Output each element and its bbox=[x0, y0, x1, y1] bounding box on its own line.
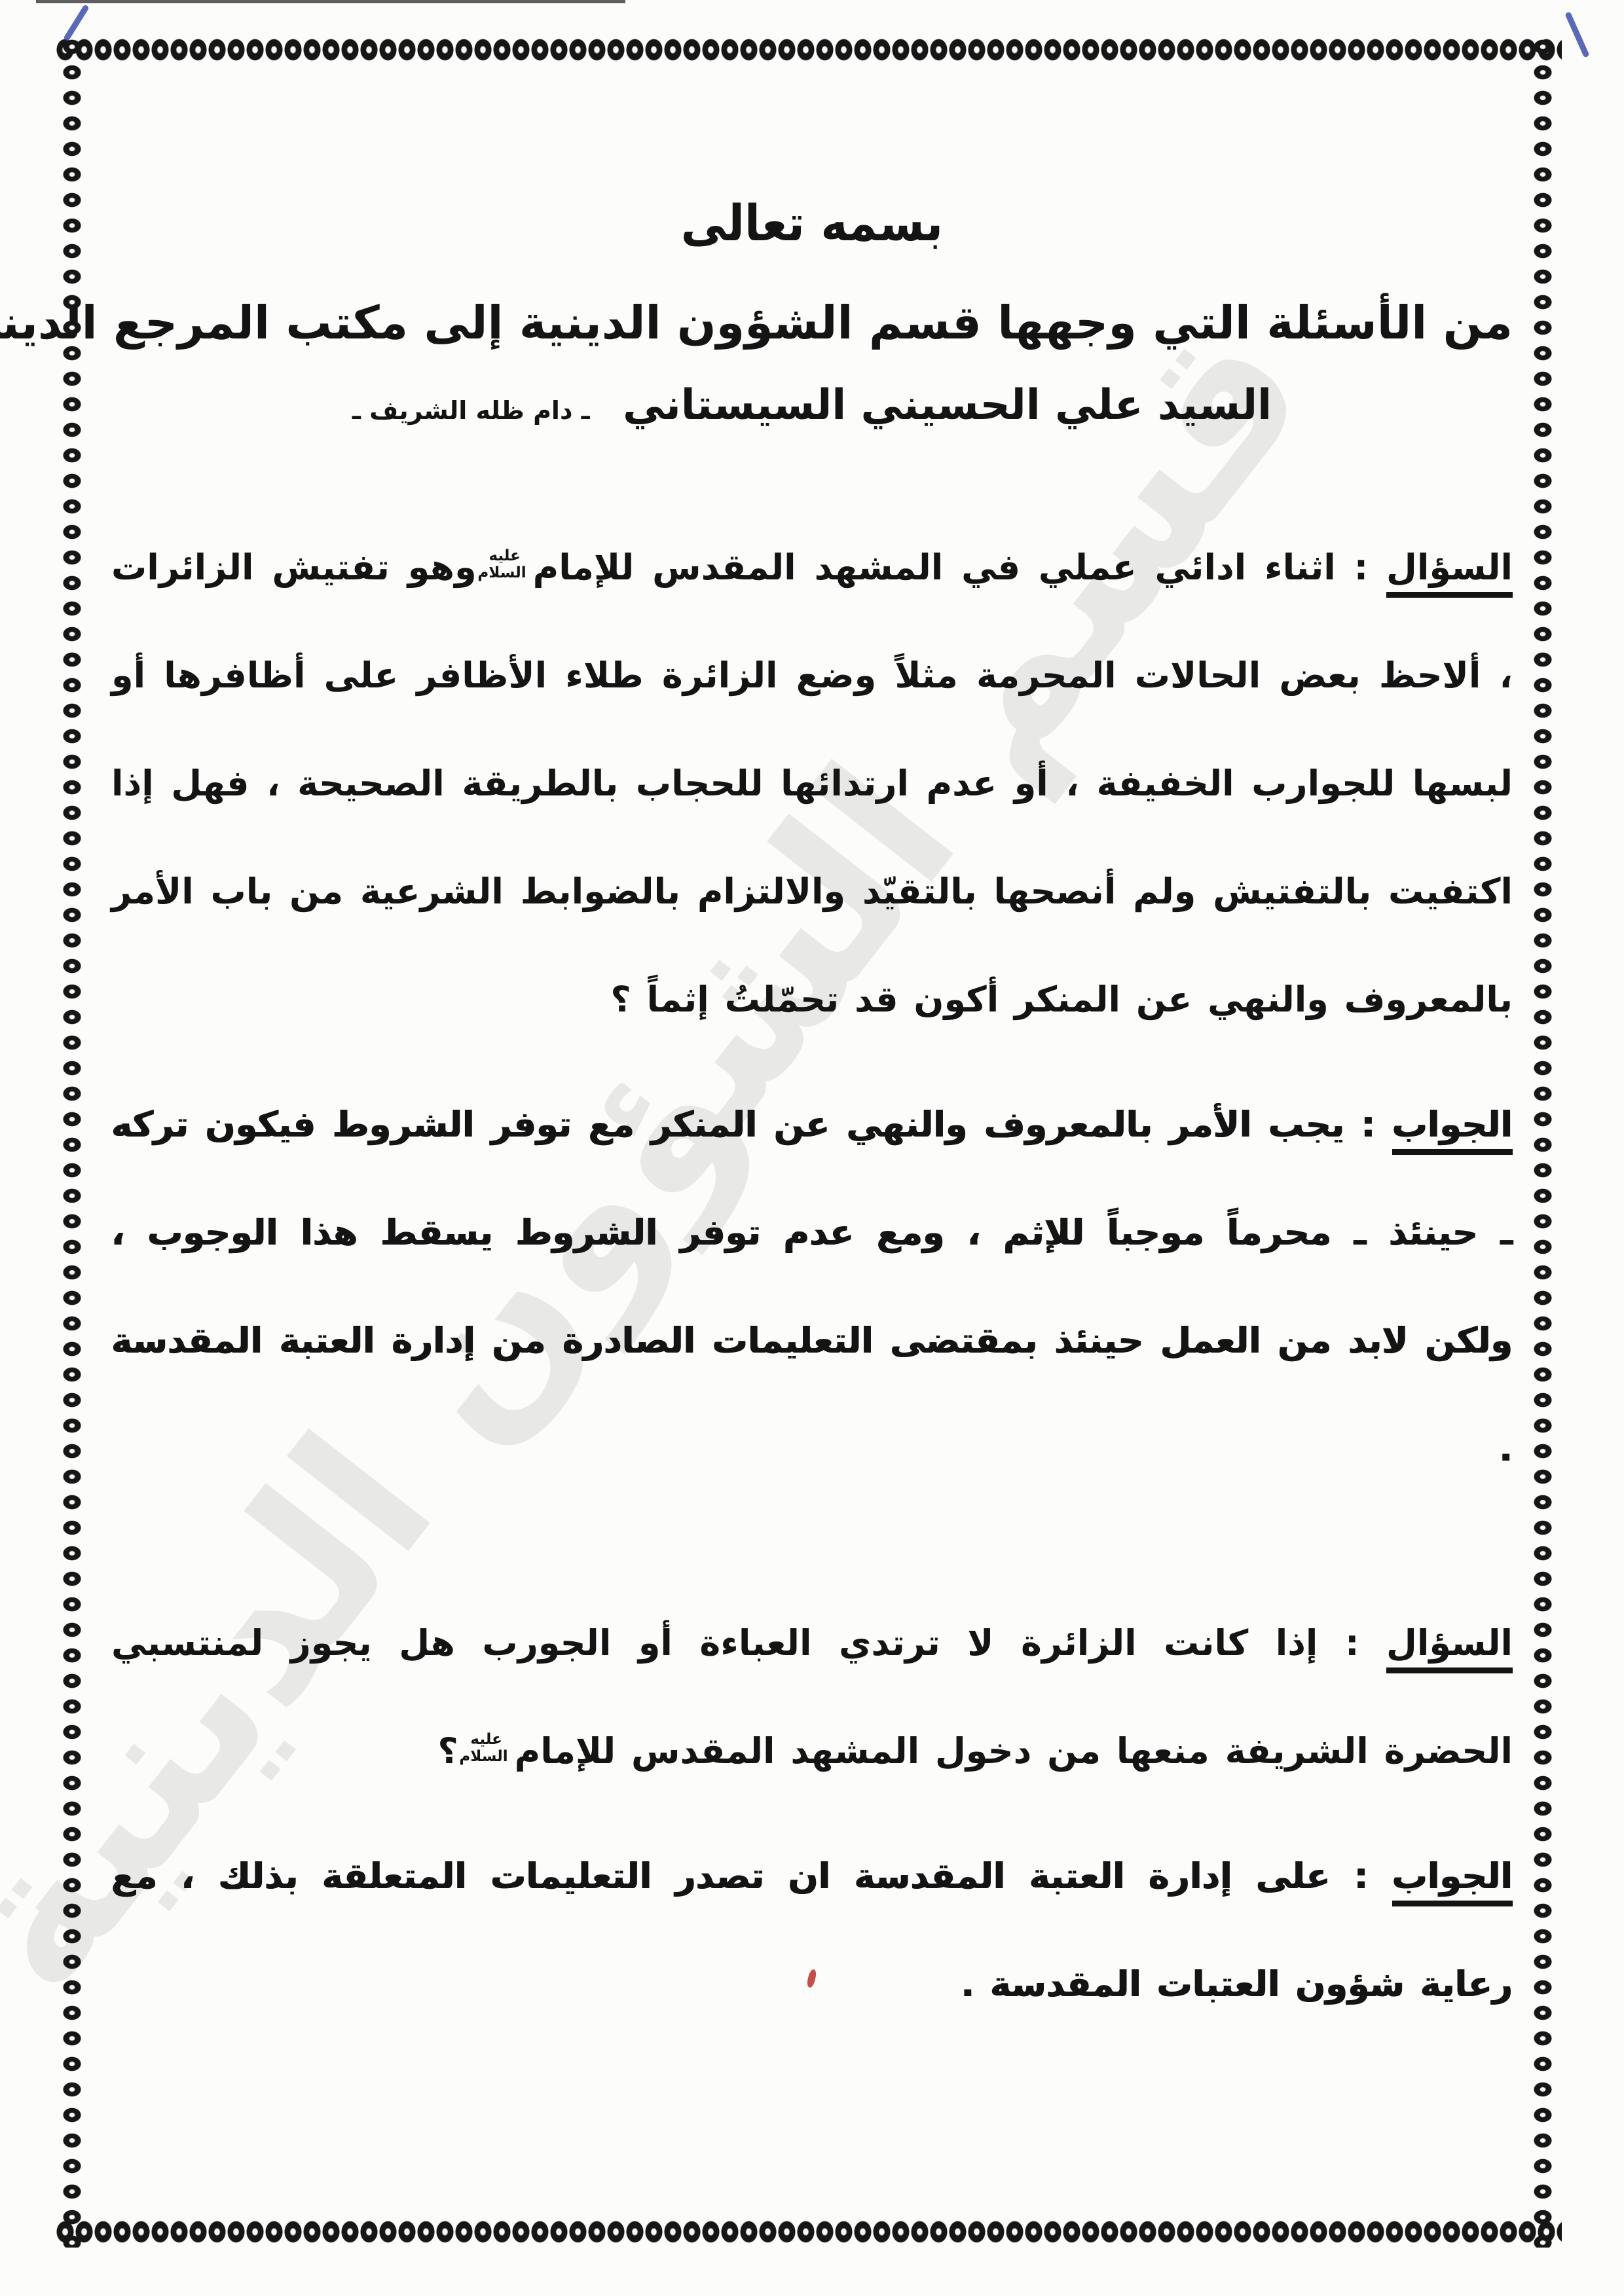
answer-1-text: يجب الأمر بالمعروف والنهي عن المنكر مع ت… bbox=[111, 1104, 1513, 1469]
answer-2-label: الجواب bbox=[1392, 1855, 1513, 1906]
label-separator: : bbox=[1336, 547, 1386, 588]
answer-1-label: الجواب bbox=[1392, 1104, 1513, 1155]
label-separator: : bbox=[1344, 1104, 1392, 1145]
question-2-text-before: إذا كانت الزائرة لا ترتدي العباءة أو الج… bbox=[111, 1622, 1513, 1772]
answer-2: الجواب : على إدارة العتبة المقدسة ان تصد… bbox=[111, 1822, 1513, 2038]
alayhis-salam-glyph: عليه السلام bbox=[483, 547, 526, 581]
ornamental-border-bottom bbox=[56, 2216, 1562, 2248]
marja-honorific-phrase: ـ دام ظله الشريف ـ bbox=[352, 396, 590, 425]
question-1: السؤال : اثناء ادائي عملي في المشهد المق… bbox=[111, 513, 1513, 1053]
scan-edge-artifact bbox=[36, 0, 625, 3]
scanned-fatwa-page: قسم الشؤون الدينية بسمه تعالى من الأسئلة… bbox=[0, 0, 1624, 2296]
ornamental-border-top bbox=[56, 34, 1562, 65]
answer-1: الجواب : يجب الأمر بالمعروف والنهي عن ال… bbox=[111, 1070, 1513, 1503]
question-2-text-after: ؟ bbox=[437, 1730, 458, 1772]
document-title-line1: من الأسئلة التي وجهها قسم الشؤون الدينية… bbox=[111, 296, 1513, 350]
question-1-text-before: اثناء ادائي عملي في المشهد المقدس للإمام bbox=[533, 547, 1336, 588]
ornamental-border-left bbox=[56, 34, 88, 2248]
document-content: بسمه تعالى من الأسئلة التي وجهها قسم الش… bbox=[111, 98, 1513, 2038]
label-separator: : bbox=[1318, 1622, 1386, 1664]
bismillah-calligraphy: بسمه تعالى bbox=[111, 194, 1513, 253]
label-separator: : bbox=[1331, 1855, 1392, 1897]
document-title-line2: السيد علي الحسيني السيستاني ـ دام ظله ال… bbox=[111, 381, 1513, 429]
ornamental-border-right bbox=[1527, 34, 1559, 2248]
question-1-label: السؤال bbox=[1386, 547, 1513, 598]
pen-mark-top-right bbox=[1564, 11, 1589, 58]
alayhis-salam-glyph: عليه السلام bbox=[465, 1731, 508, 1765]
question-1-text-after: وهو تفتيش الزائرات ، ألاحظ بعض الحالات ا… bbox=[111, 547, 1513, 1020]
question-2: السؤال : إذا كانت الزائرة لا ترتدي العبا… bbox=[111, 1589, 1513, 1805]
marja-name: السيد علي الحسيني السيستاني bbox=[623, 381, 1272, 429]
question-2-label: السؤال bbox=[1386, 1622, 1513, 1673]
